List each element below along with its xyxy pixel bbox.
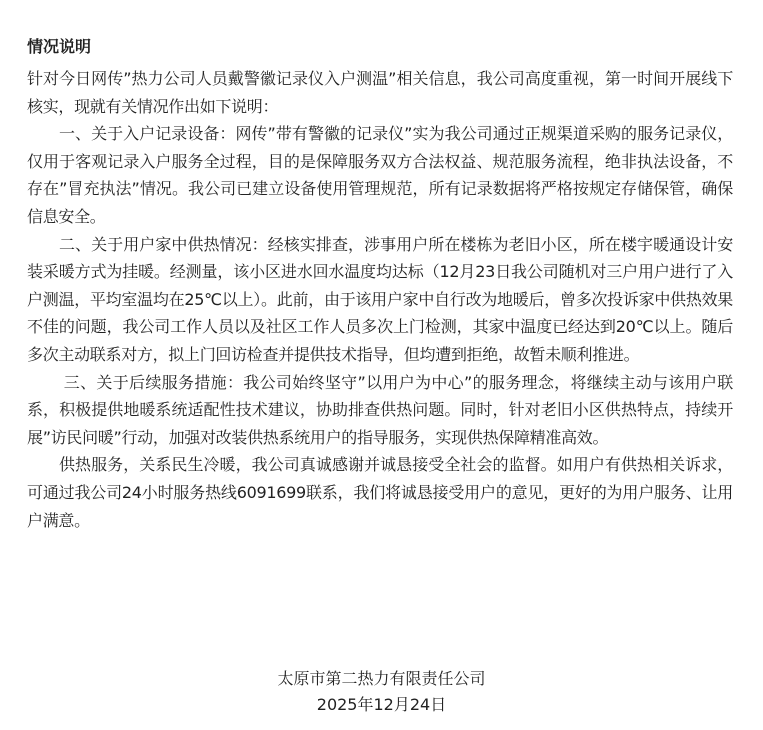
document-title: 情况说明 — [27, 35, 733, 59]
section-heating-situation: 二、关于用户家中供热情况：经核实排查，涉事用户所在楼栋为老旧小区，所在楼宇暖通设… — [27, 231, 733, 369]
intro-paragraph: 针对今日网传”热力公司人员戴警徽记录仪入户测温”相关信息，我公司高度重视，第一时… — [27, 65, 733, 120]
section-follow-up-measures: 三、关于后续服务措施：我公司始终坚守”以用户为中心”的服务理念，将继续主动与该用… — [27, 369, 733, 452]
section-recording-device: 一、关于入户记录设备：网传”带有警徽的记录仪”实为我公司通过正规渠道采购的服务记… — [27, 120, 733, 230]
signature-organization: 太原市第二热力有限责任公司 — [0, 666, 763, 692]
notice-document: 情况说明 针对今日网传”热力公司人员戴警徽记录仪入户测温”相关信息，我公司高度重… — [0, 0, 763, 534]
signature-block: 太原市第二热力有限责任公司 2025年12月24日 — [0, 666, 763, 718]
closing-paragraph: 供热服务，关系民生冷暖，我公司真诚感谢并诚恳接受全社会的监督。如用户有供热相关诉… — [27, 451, 733, 534]
signature-date: 2025年12月24日 — [0, 692, 763, 718]
